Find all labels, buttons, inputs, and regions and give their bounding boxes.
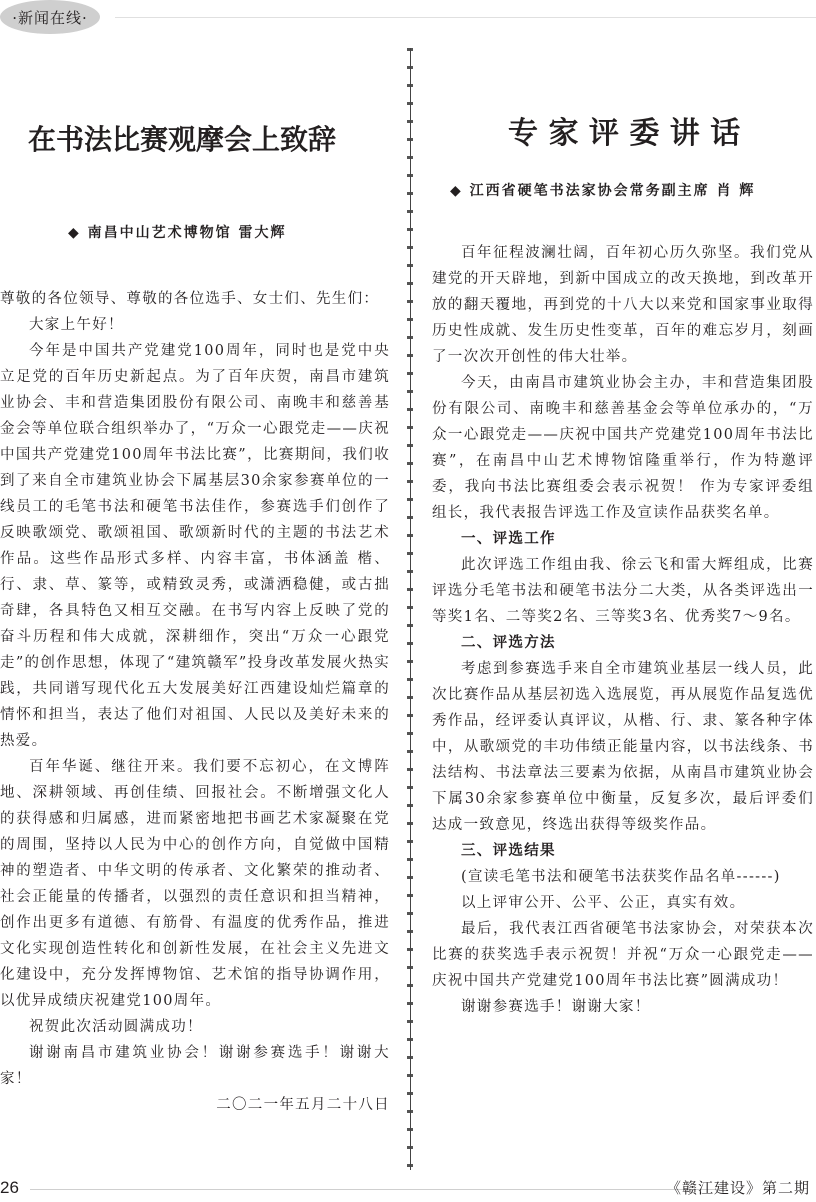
paragraph: 百年华诞、继往开来。我们要不忘初心，在文博阵地、深耕领域、再创佳绩、回报社会。不… — [0, 754, 390, 1014]
date-line: 二〇二一年五月二十八日 — [0, 1092, 390, 1118]
right-article-title: 专 家 评 委 讲 话 — [508, 108, 740, 152]
section-badge-label: ·新闻在线· — [12, 7, 88, 28]
header-rule — [115, 17, 816, 18]
right-article-byline: ◆ 江西省硬笔书法家协会常务副主席 肖 辉 — [450, 180, 755, 200]
paragraph: (宣读毛笔书法和硬笔书法获奖作品名单------) — [432, 864, 814, 890]
journal-name: 《赣江建设》第二期 — [666, 1177, 810, 1198]
section-heading: 三、评选结果 — [432, 838, 814, 864]
paragraph: 谢谢参赛选手！谢谢大家！ — [432, 994, 814, 1020]
section-badge: ·新闻在线· — [0, 0, 100, 34]
section-heading: 二、评选方法 — [432, 630, 814, 656]
paragraph: 今年是中国共产党建党100周年，同时也是党中央立足党的百年历史新起点。为了百年庆… — [0, 338, 390, 754]
paragraph: 祝贺此次活动圆满成功！ — [0, 1014, 390, 1040]
paragraph: 今天，由南昌市建筑业协会主办，丰和营造集团股份有限公司、南晚丰和慈善基金会等单位… — [432, 370, 814, 526]
paragraph: 尊敬的各位领导、尊敬的各位选手、女士们、先生们： — [0, 286, 390, 312]
paragraph: 以上评审公开、公平、公正，真实有效。 — [432, 890, 814, 916]
paragraph: 最后，我代表江西省硬笔书法家协会，对荣获本次比赛的获奖选手表示祝贺！并祝“万众一… — [432, 916, 814, 994]
left-article-body: 尊敬的各位领导、尊敬的各位选手、女士们、先生们： 大家上午好！ 今年是中国共产党… — [0, 286, 390, 1118]
page-number: 26 — [0, 1178, 19, 1198]
column-divider — [407, 48, 413, 1170]
left-article-title: 在书法比赛观摩会上致辞 — [28, 118, 336, 158]
right-article-body: 百年征程波澜壮阔，百年初心历久弥坚。我们党从建党的开天辟地，到新中国成立的改天换… — [432, 240, 814, 1020]
left-article-byline: ◆ 南昌中山艺术博物馆 雷大辉 — [68, 222, 287, 242]
paragraph: 谢谢南昌市建筑业协会！谢谢参赛选手！谢谢大家！ — [0, 1040, 390, 1092]
paragraph: 百年征程波澜壮阔，百年初心历久弥坚。我们党从建党的开天辟地，到新中国成立的改天换… — [432, 240, 814, 370]
paragraph: 大家上午好！ — [0, 312, 390, 338]
paragraph: 考虑到参赛选手来自全市建筑业基层一线人员，此次比赛作品从基层初选入选展览，再从展… — [432, 656, 814, 838]
section-heading: 一、评选工作 — [432, 526, 814, 552]
footer-rule — [30, 1189, 720, 1190]
paragraph: 此次评选工作组由我、徐云飞和雷大辉组成，比赛评选分毛笔书法和硬笔书法分二大类，从… — [432, 552, 814, 630]
